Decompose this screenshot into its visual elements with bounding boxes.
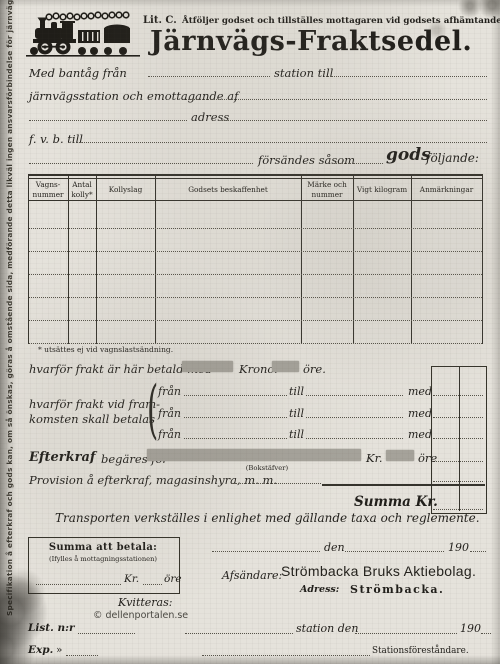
med-label: med xyxy=(408,407,432,420)
amount-redaction xyxy=(272,361,299,372)
provision-label: Provision å efterkraf, magasinshyra, m. … xyxy=(29,473,277,487)
year-label: 190 xyxy=(448,541,469,554)
blank-line xyxy=(184,437,287,439)
blank-line xyxy=(29,162,253,164)
adress-value: Strömbacka. xyxy=(350,583,444,596)
table-footnote: * utsättes ej vid vagnslastsändning. xyxy=(38,345,173,354)
blank-line xyxy=(36,583,121,585)
list-nr-label: List. n:r xyxy=(28,622,75,634)
amount-cell-line xyxy=(433,416,483,418)
table-row xyxy=(29,273,482,275)
header-note: Åtföljer godset och tillställes mottagar… xyxy=(182,16,500,26)
till-label: till xyxy=(289,428,304,441)
fran-label: från xyxy=(158,428,181,441)
exp-label: Exp. xyxy=(28,644,53,656)
adress-label: Adress: xyxy=(300,584,339,595)
due-label-line2: komsten skall betalas xyxy=(29,412,155,426)
col-header-anmarkningar: Anmärkningar xyxy=(411,179,482,200)
till-label: till xyxy=(289,407,304,420)
foljande-label: följande: xyxy=(426,151,479,165)
col-header-kollyslag: Kollyslag xyxy=(96,179,155,200)
col-header-vagnsnummer: Vagns-nummer xyxy=(28,179,68,200)
station-den-label: station den xyxy=(296,622,358,635)
blank-line xyxy=(66,654,98,656)
blank-line xyxy=(355,632,457,634)
ore-label: öre xyxy=(418,451,437,465)
till-label: till xyxy=(289,385,304,398)
blank-line xyxy=(345,550,444,552)
blank-line xyxy=(481,632,491,634)
blank-line xyxy=(184,416,287,418)
brace-glyph: ( xyxy=(147,378,158,442)
year-label: 190 xyxy=(460,622,481,635)
summa-box-title: Summa att betala: xyxy=(28,542,178,553)
amount-cell-line xyxy=(433,394,483,396)
table-row xyxy=(29,319,482,321)
med-label: med xyxy=(408,385,432,398)
efterkraf-label: Efterkraf xyxy=(29,450,96,465)
blank-line xyxy=(185,632,293,634)
freight-note-document: Specifikation å efterkraf och gods kan, … xyxy=(0,0,500,664)
margin-note: Specifikation å efterkraf och gods kan, … xyxy=(5,60,17,616)
blank-line xyxy=(78,632,135,634)
gods-label: gods xyxy=(386,145,431,165)
transport-statement: Transporten verkställes i enlighet med g… xyxy=(55,511,480,525)
blank-line xyxy=(143,583,162,585)
amount-cell-line xyxy=(433,437,483,439)
jarnvagsstation-label: järnvägsstation och emottagande af xyxy=(29,89,238,103)
amount-redaction xyxy=(147,449,361,461)
kr-label: Kr. xyxy=(124,573,139,585)
summa-box-subtitle: (Ifylles å mottagningsstationen) xyxy=(28,555,178,563)
blank-line xyxy=(306,437,403,439)
blank-line xyxy=(306,416,403,418)
fran-label: från xyxy=(158,407,181,420)
amount-cell-line xyxy=(433,480,483,482)
table-row xyxy=(29,227,482,229)
table-vline xyxy=(482,176,483,344)
summa-kr-label: Summa Kr. xyxy=(354,494,438,510)
med-label: med xyxy=(408,428,432,441)
kvitteras-label: Kvitteras: xyxy=(118,596,172,609)
blank-line xyxy=(222,119,487,121)
blank-line xyxy=(470,550,486,552)
fvb-label: f. v. b. till xyxy=(29,132,83,146)
col-header-beskaffenhet: Godsets beskaffenhet xyxy=(155,179,301,200)
station-till-label: station till xyxy=(274,66,333,80)
blank-line xyxy=(79,141,487,143)
amount-cell-line xyxy=(433,508,483,510)
blank-line xyxy=(184,394,287,396)
afsandare-label: Afsändare: xyxy=(222,569,282,582)
forsandes-label: försändes såsom xyxy=(258,153,355,167)
amount-redaction xyxy=(182,361,233,372)
amount-redaction xyxy=(386,450,414,461)
blank-line xyxy=(212,550,320,552)
afsandare-value: Strömbacka Bruks Aktiebolag. xyxy=(281,563,476,579)
lit-class-label: Lit. C. xyxy=(143,15,177,26)
blank-line xyxy=(334,162,383,164)
col-header-antal-kolly: Antal kolly* xyxy=(68,179,96,200)
blank-line xyxy=(148,75,270,77)
bokstafver-caption: (Bokstäfver) xyxy=(217,464,317,472)
fran-label: från xyxy=(158,385,181,398)
col-header-marke: Märke och nummer xyxy=(301,179,353,200)
col-header-vigt: Vigt kilogram xyxy=(353,179,411,200)
blank-line xyxy=(326,75,487,77)
adress-label: adress xyxy=(191,110,229,124)
blank-line xyxy=(233,482,321,484)
due-label-line1: hvarför frakt vid fram- xyxy=(29,397,160,411)
den-label: den xyxy=(324,541,345,554)
blank-line xyxy=(202,654,370,656)
kr-label: Kr. xyxy=(366,451,382,465)
amount-box-divider xyxy=(459,367,460,511)
blank-line xyxy=(184,98,487,100)
summa-rule xyxy=(322,484,485,486)
table-row xyxy=(29,342,482,344)
locomotive-icon xyxy=(26,11,140,59)
ditto-mark: » xyxy=(56,644,62,656)
table-row xyxy=(29,296,482,298)
page-title: Järnvägs-Fraktsedel. xyxy=(150,26,380,57)
watermark: © dellenportalen.se xyxy=(93,610,188,621)
blank-line xyxy=(29,119,187,121)
blank-line xyxy=(306,394,403,396)
stationmaster-label: Stationsföreståndare. xyxy=(372,646,469,656)
ore-label: öre xyxy=(164,573,182,585)
ore-label: öre. xyxy=(303,362,326,376)
table-row xyxy=(29,250,482,252)
med-bantag-label: Med bantåg från xyxy=(29,66,127,80)
amount-cell-line xyxy=(433,460,483,462)
